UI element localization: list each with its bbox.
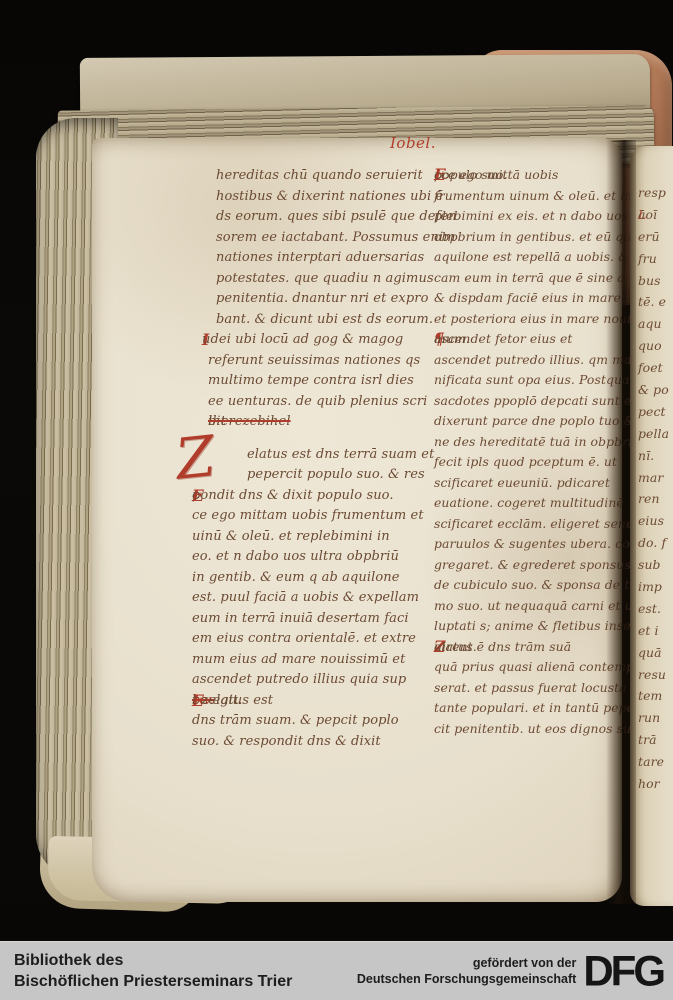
ink-text: run — [638, 707, 660, 729]
manuscript-line: scificaret ecclām. eligeret senes — [434, 514, 632, 535]
running-title: Iobel. — [390, 134, 436, 152]
ink-text: mum eius ad mare nouissimū et — [192, 650, 405, 671]
ink-text: potestates. que quadiu n agimus — [216, 269, 434, 290]
facing-page-edge: respLāoīerūfrubustē. eaququofoet& popect… — [630, 146, 673, 906]
manuscript-line: potestates. que quadiu n agimus — [192, 269, 437, 290]
manuscript-line: quo — [638, 335, 673, 357]
ink-text: pepercit populo suo. & res — [247, 465, 425, 486]
ink-text: foet — [638, 357, 663, 379]
funding-block: gefördert von der Deutschen Forschungsge… — [357, 950, 673, 992]
manuscript-line: eum in terrā inuiā desertam faci — [192, 609, 437, 630]
funding-credit-line1: gefördert von der — [357, 955, 577, 971]
manuscript-line: mum. ¶ ascendet fetor eius et — [434, 329, 632, 350]
ink-text: nī. — [638, 445, 654, 467]
ink-text: multimo tempe contra isrl dies — [208, 371, 414, 392]
ink-text: quā prius quasi alienā contemp — [434, 657, 634, 678]
manuscript-line: ascendet putredo illius quia sup — [192, 670, 437, 691]
ink-text: aqu — [638, 313, 662, 335]
ink-text: in gentib. & eum q ab aquilone — [192, 568, 400, 589]
ink-text: eum in terrā inuiā desertam faci — [192, 609, 409, 630]
manuscript-line: foet — [638, 357, 673, 379]
manuscript-line: do. f — [638, 532, 673, 554]
manuscript-line: imp — [638, 576, 673, 598]
ink-text: uinū & oleū. et replebimini in — [192, 527, 390, 548]
manuscript-line: ds eorum. ques sibi psulē que defen — [192, 207, 437, 228]
manuscript-line: nificata sunt opa eius. Postquam — [434, 370, 632, 391]
ink-text: elatus est dns terrā suam et — [247, 445, 434, 466]
manuscript-line: plebimini ex eis. et n dabo uos ult — [434, 206, 632, 227]
manuscript-line: resu — [638, 664, 673, 686]
manuscript-line: mum eius ad mare nouissimū et — [192, 650, 437, 671]
manuscript-line: dixerunt parce dne poplo tuo & — [434, 411, 632, 432]
manuscript-line: suo. & respondit dns & dixit — [192, 732, 437, 753]
ink-text: referunt seuissimas nationes qs — [208, 351, 420, 372]
manuscript-line: elatus est dns terrā suam et — [192, 445, 437, 466]
manuscript-line: ren — [638, 488, 673, 510]
manuscript-line: fecit ipls quod pceptum ē. ut — [434, 452, 632, 473]
manuscript-line: trā — [638, 729, 673, 751]
manuscript-line: obpbrium in gentibus. et eū qui ab — [434, 227, 632, 248]
manuscript-line: fru — [638, 248, 673, 270]
ink-text: tare — [638, 751, 664, 773]
manuscript-line: gregaret. & egrederet sponsus — [434, 555, 632, 576]
manuscript-line: de cubiculo suo. & sponsa de thala — [434, 575, 632, 596]
manuscript-page: Iobel. hereditas chū quando seruierithos… — [92, 138, 622, 902]
funding-credit-line2: Deutschen Forschungsgemeinschaft — [357, 971, 577, 987]
manuscript-line: quā prius quasi alienā contemp — [434, 657, 632, 678]
footer-bar: Bibliothek des Bischöflichen Priestersem… — [0, 941, 673, 1000]
ink-text: ascendet putredo illius quia sup — [192, 670, 406, 691]
gutter-shadow — [606, 140, 636, 904]
manuscript-line: tante populari. et in tantū peper — [434, 698, 632, 719]
manuscript-line: pondit dns & dixit populo suo. Ec — [192, 486, 437, 507]
manuscript-line: tare — [638, 751, 673, 773]
ink-text: penitentia. dnantur nri et expro — [216, 289, 429, 310]
manuscript-line: scificaret eueuniū. pdicaret — [434, 473, 632, 494]
ink-text: sub — [638, 554, 661, 576]
manuscript-line: frumentum uinum & oleū. et im — [434, 186, 632, 207]
ink-text: sorem ee iactabant. Possumus enim — [216, 228, 456, 249]
manuscript-line: pella — [638, 423, 673, 445]
ink-text: ren — [638, 488, 660, 510]
ink-text: resu — [638, 664, 666, 686]
manuscript-line: tem — [638, 685, 673, 707]
manuscript-line: hor — [638, 773, 673, 795]
manuscript-line: populo suo. Ecce ego mittā uobis — [434, 165, 632, 186]
ink-text: em eius contra orientalē. et extre — [192, 629, 416, 650]
ink-text: bus — [638, 270, 661, 292]
library-name-line2: Bischöflichen Priesterseminars Trier — [14, 971, 292, 992]
ink-text: trā — [638, 729, 657, 751]
manuscript-line: ascendet putredo illius. qm mag — [434, 350, 632, 371]
ink-text: euatione. cogeret multitudinē — [434, 493, 624, 514]
ink-text: eius — [638, 510, 664, 532]
library-name-line1: Bibliothek des — [14, 950, 292, 971]
ink-text: hor — [638, 773, 660, 795]
manuscript-line: ee uenturas. de quib plenius scri — [192, 392, 437, 413]
manuscript-line: euatione. cogeret multitudinē — [434, 493, 632, 514]
ink-text: quā — [638, 642, 662, 664]
ink-text: est. — [638, 598, 661, 620]
manuscript-line: run — [638, 707, 673, 729]
manuscript-line: eius — [638, 510, 673, 532]
manuscript-line: mo suo. ut nequaquā carni et uo — [434, 596, 632, 617]
ink-text: iherezebihel — [208, 412, 291, 433]
ink-text: pella — [638, 423, 669, 445]
manuscript-line: et posteriora eius in mare nouissi — [434, 309, 632, 330]
manuscript-line: aquilone est repellā a uobis. & du — [434, 247, 632, 268]
digitized-manuscript-view: Iobel. hereditas chū quando seruierithos… — [0, 0, 673, 1000]
ink-text: hostibus & dixerint nationes ubi ē — [216, 187, 443, 208]
manuscript-line: & dispdam faciē eius in mare pmū — [434, 288, 632, 309]
ink-text: ds eorum. ques sibi psulē que defen — [216, 207, 457, 228]
manuscript-line: dns trām suam. & pepcit poplo — [192, 711, 437, 732]
manuscript-line: sub — [638, 554, 673, 576]
manuscript-line: ne des hereditatē tuā in obpbriū. — [434, 432, 632, 453]
manuscript-line: in gentib. & eum q ab aquilone — [192, 568, 437, 589]
ink-text: dixerunt parce dne poplo tuo & — [434, 411, 635, 432]
manuscript-line: referunt seuissimas nationes qs — [192, 351, 437, 372]
manuscript-line: nationes interptari aduersarias — [192, 248, 437, 269]
manuscript-line: est. puul faciā a uobis & expellam — [192, 588, 437, 609]
manuscript-line: pect — [638, 401, 673, 423]
manuscript-line: erū — [638, 226, 673, 248]
manuscript-line: hostibus & dixerint nationes ubi ē — [192, 187, 437, 208]
manuscript-line: multimo tempe contra isrl dies — [192, 371, 437, 392]
dfg-logo: DFG — [583, 950, 667, 993]
manuscript-line: tē. e — [638, 291, 673, 313]
manuscript-line: eo. et n dabo uos ultra obpbriū — [192, 547, 437, 568]
manuscript-line: bus — [638, 270, 673, 292]
manuscript-line: et i — [638, 620, 673, 642]
ink-text: imp — [638, 576, 662, 598]
library-name: Bibliothek des Bischöflichen Priestersem… — [0, 950, 292, 992]
ink-text: scificaret eueuniū. pdicaret — [434, 473, 610, 494]
ink-text: ee uenturas. de quib plenius scri — [208, 392, 427, 413]
manuscript-line: be egit. lxv. Et zelatus est — [192, 691, 437, 712]
ink-text: āoī — [638, 204, 657, 226]
ink-text: elatus ē dns trām suā — [434, 637, 571, 658]
ink-text: nationes interptari aduersarias — [216, 248, 424, 269]
manuscript-line: bant. & dicunt ubi est ds eorum. — [192, 310, 437, 331]
manuscript-line: hereditas chū quando seruierit — [192, 166, 437, 187]
text-column-right: populo suo. Ecce ego mittā uobisfrumentu… — [434, 165, 632, 739]
manuscript-line: cit penitentib. ut eos dignos sua — [434, 719, 632, 740]
manuscript-line: sorem ee iactabant. Possumus enim — [192, 228, 437, 249]
manuscript-line: est. — [638, 598, 673, 620]
ink-text: & po — [638, 379, 669, 401]
ink-text: bant. & dicunt ubi est ds eorum. — [216, 310, 433, 331]
manuscript-line: em eius contra orientalē. et extre — [192, 629, 437, 650]
manuscript-line: & po — [638, 379, 673, 401]
ink-text: quo — [638, 335, 662, 357]
manuscript-line: Lāoī — [638, 204, 673, 226]
ink-text: ascendet fetor eius et — [434, 329, 573, 350]
manuscript-line: quā — [638, 642, 673, 664]
ink-text: gregaret. & egrederet sponsus — [434, 555, 631, 576]
ink-text: ce ego mittam uobis frumentum et — [192, 506, 424, 527]
ink-text: t zelatus est — [192, 691, 273, 712]
ink-text: erū — [638, 226, 660, 248]
manuscript-line: paruulos & sugentes ubera. con — [434, 534, 632, 555]
ink-text: eo. et n dabo uos ultra obpbriū — [192, 547, 399, 568]
manuscript-line: penitentia. dnantur nri et expro — [192, 289, 437, 310]
manuscript-line: mar — [638, 467, 673, 489]
manuscript-line: cam eum in terrā que ē sine aqua. — [434, 268, 632, 289]
ink-text: suo. & respondit dns & dixit — [192, 732, 381, 753]
decorated-initial-z: Z — [173, 432, 217, 486]
manuscript-line: bit iherezebihel — [192, 412, 437, 433]
ink-text: mar — [638, 467, 663, 489]
manuscript-line: uinū & oleū. et replebimini in — [192, 527, 437, 548]
ink-text: pondit dns & dixit populo suo. — [192, 486, 394, 507]
ink-text: est. puul faciā a uobis & expellam — [192, 588, 419, 609]
manuscript-line: luptati s; anime & fletibus inser — [434, 616, 632, 637]
manuscript-line: resp — [638, 182, 673, 204]
ink-text: udei ubi locū ad gog & magog — [202, 330, 403, 351]
ink-text: dns trām suam. & pepcit poplo — [192, 711, 399, 732]
manuscript-line: nī. — [638, 445, 673, 467]
ink-text: hereditas chū quando seruierit — [216, 166, 423, 187]
manuscript-line: serat. et passus fuerat locusta uas — [434, 678, 632, 699]
ink-text: fecit ipls quod pceptum ē. ut — [434, 452, 617, 473]
manuscript-line: Iudei ubi locū ad gog & magog — [192, 330, 437, 351]
ink-text: tem — [638, 685, 662, 707]
manuscript-line: uirent. Zelatus ē dns trām suā — [434, 637, 632, 658]
text-column-left: hereditas chū quando seruierithostibus &… — [192, 166, 437, 752]
ink-text: tē. e — [638, 291, 666, 313]
funding-credit: gefördert von der Deutschen Forschungsge… — [357, 955, 577, 988]
manuscript-line: sacdotes ppoplō depcati sunt et — [434, 391, 632, 412]
ink-text: pect — [638, 401, 666, 423]
ink-text: resp — [638, 182, 666, 204]
ink-text: do. f — [638, 532, 666, 554]
manuscript-line: aqu — [638, 313, 673, 335]
manuscript-line: pepercit populo suo. & res — [192, 465, 437, 486]
ink-text: et i — [638, 620, 659, 642]
ink-text: fru — [638, 248, 657, 270]
manuscript-line: ce ego mittam uobis frumentum et — [192, 506, 437, 527]
ink-text: cce ego mittā uobis — [434, 165, 558, 186]
